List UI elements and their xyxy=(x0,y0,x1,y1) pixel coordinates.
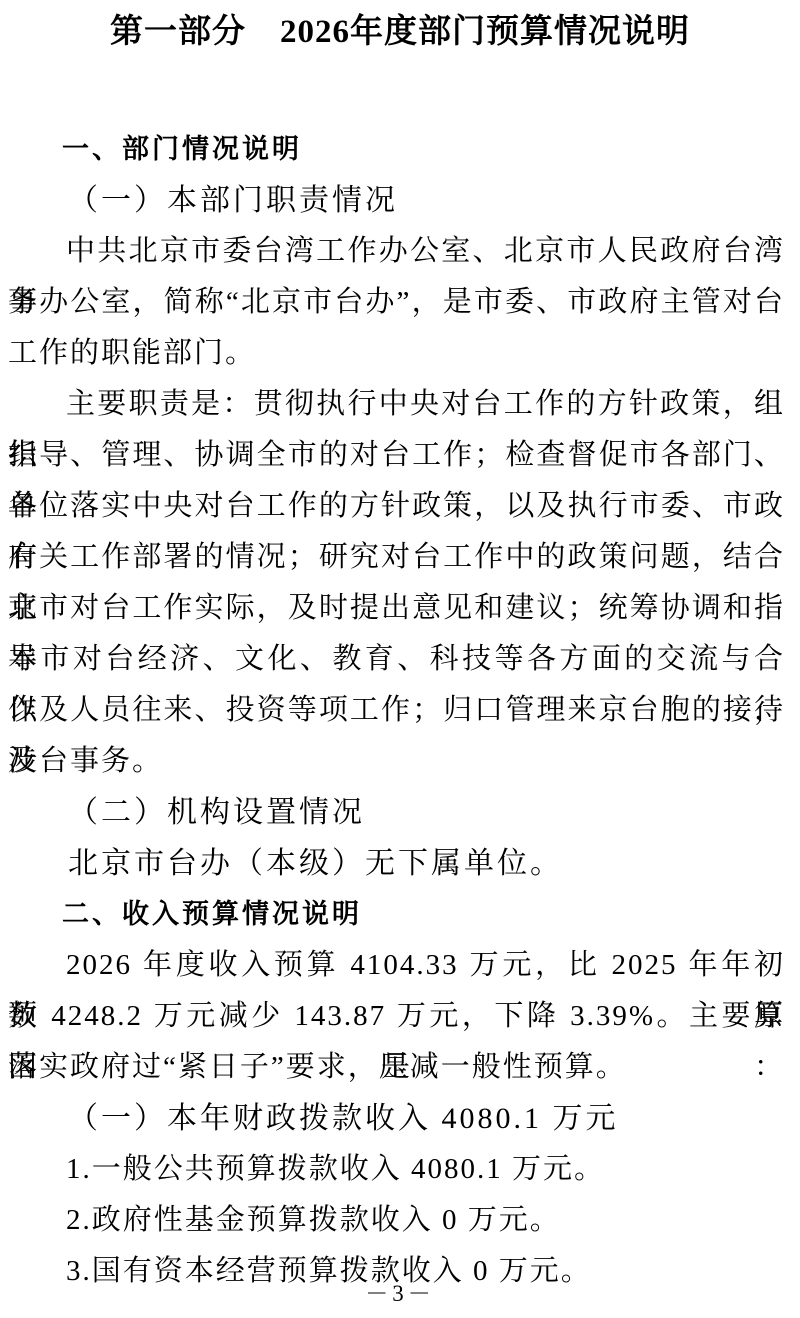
text-line: 主要职责是：贯彻执行中央对台工作的方针政策，组织、 xyxy=(8,379,785,430)
item-2-government-fund-budget-income: 2.政府性基金预算拨款收入 0 万元。 xyxy=(8,1195,785,1246)
text-line: 2.政府性基金预算拨款收入 0 万元。 xyxy=(8,1195,785,1246)
text-line: 工作的职能部门。 xyxy=(8,328,785,379)
text-line: 京市对台工作实际，及时提出意见和建议；统筹协调和指导 xyxy=(8,583,785,634)
text-line: 本市对台经济、文化、教育、科技等各方面的交流与合作， xyxy=(8,634,785,685)
heading-subsection-1-2: （二）机构设置情况 xyxy=(8,787,785,838)
text-line: （二）机构设置情况 xyxy=(8,787,785,838)
text-line: 指导、管理、协调全市的对台工作；检查督促市各部门、各 xyxy=(8,430,785,481)
heading-section-1: 一、部门情况说明 xyxy=(8,124,785,175)
text-line: 二、收入预算情况说明 xyxy=(8,889,785,940)
paragraph-income-budget: 2026 年度收入预算 4104.33 万元，比 2025 年年初预算数 424… xyxy=(8,940,785,1093)
item-1-general-public-budget-income: 1.一般公共预算拨款收入 4080.1 万元。 xyxy=(8,1144,785,1195)
heading-section-2: 二、收入预算情况说明 xyxy=(8,889,785,940)
text-line: （一）本部门职责情况 xyxy=(8,175,785,226)
page-number: －3－ xyxy=(0,1275,800,1308)
text-line: 单位落实中央对台工作的方针政策，以及执行市委、市政府 xyxy=(8,481,785,532)
text-line: （一）本年财政拨款收入 4080.1 万元 xyxy=(8,1093,785,1144)
paragraph-department-intro: 中共北京市委台湾工作办公室、北京市人民政府台湾事务办公室，简称“北京市台办”，是… xyxy=(8,226,785,379)
text-line: 涉台事务。 xyxy=(8,736,785,787)
text-line: 有关工作部署的情况；研究对台工作中的政策问题，结合北 xyxy=(8,532,785,583)
paragraph-org-setup: 北京市台办（本级）无下属单位。 xyxy=(8,838,785,889)
text-line: 务办公室，简称“北京市台办”，是市委、市政府主管对台 xyxy=(8,277,785,328)
document-page: 第一部分 2026年度部门预算情况说明 一、部门情况说明（一）本部门职责情况中共… xyxy=(0,0,800,1318)
heading-subsection-2-1: （一）本年财政拨款收入 4080.1 万元 xyxy=(8,1093,785,1144)
page-title: 第一部分 2026年度部门预算情况说明 xyxy=(0,0,800,54)
text-line: 以及人员往来、投资等项工作；归口管理来京台胞的接待及 xyxy=(8,685,785,736)
heading-subsection-1-1: （一）本部门职责情况 xyxy=(8,175,785,226)
text-line: 1.一般公共预算拨款收入 4080.1 万元。 xyxy=(8,1144,785,1195)
text-line: 中共北京市委台湾工作办公室、北京市人民政府台湾事 xyxy=(8,226,785,277)
paragraph-main-duties: 主要职责是：贯彻执行中央对台工作的方针政策，组织、指导、管理、协调全市的对台工作… xyxy=(8,379,785,787)
text-line: 数 4248.2 万元减少 143.87 万元，下降 3.39%。主要原因是： xyxy=(8,991,785,1042)
text-line: 北京市台办（本级）无下属单位。 xyxy=(8,838,785,889)
document-body: 一、部门情况说明（一）本部门职责情况中共北京市委台湾工作办公室、北京市人民政府台… xyxy=(8,124,785,1297)
text-line: 2026 年度收入预算 4104.33 万元，比 2025 年年初预算 xyxy=(8,940,785,991)
text-line: 一、部门情况说明 xyxy=(8,124,785,175)
